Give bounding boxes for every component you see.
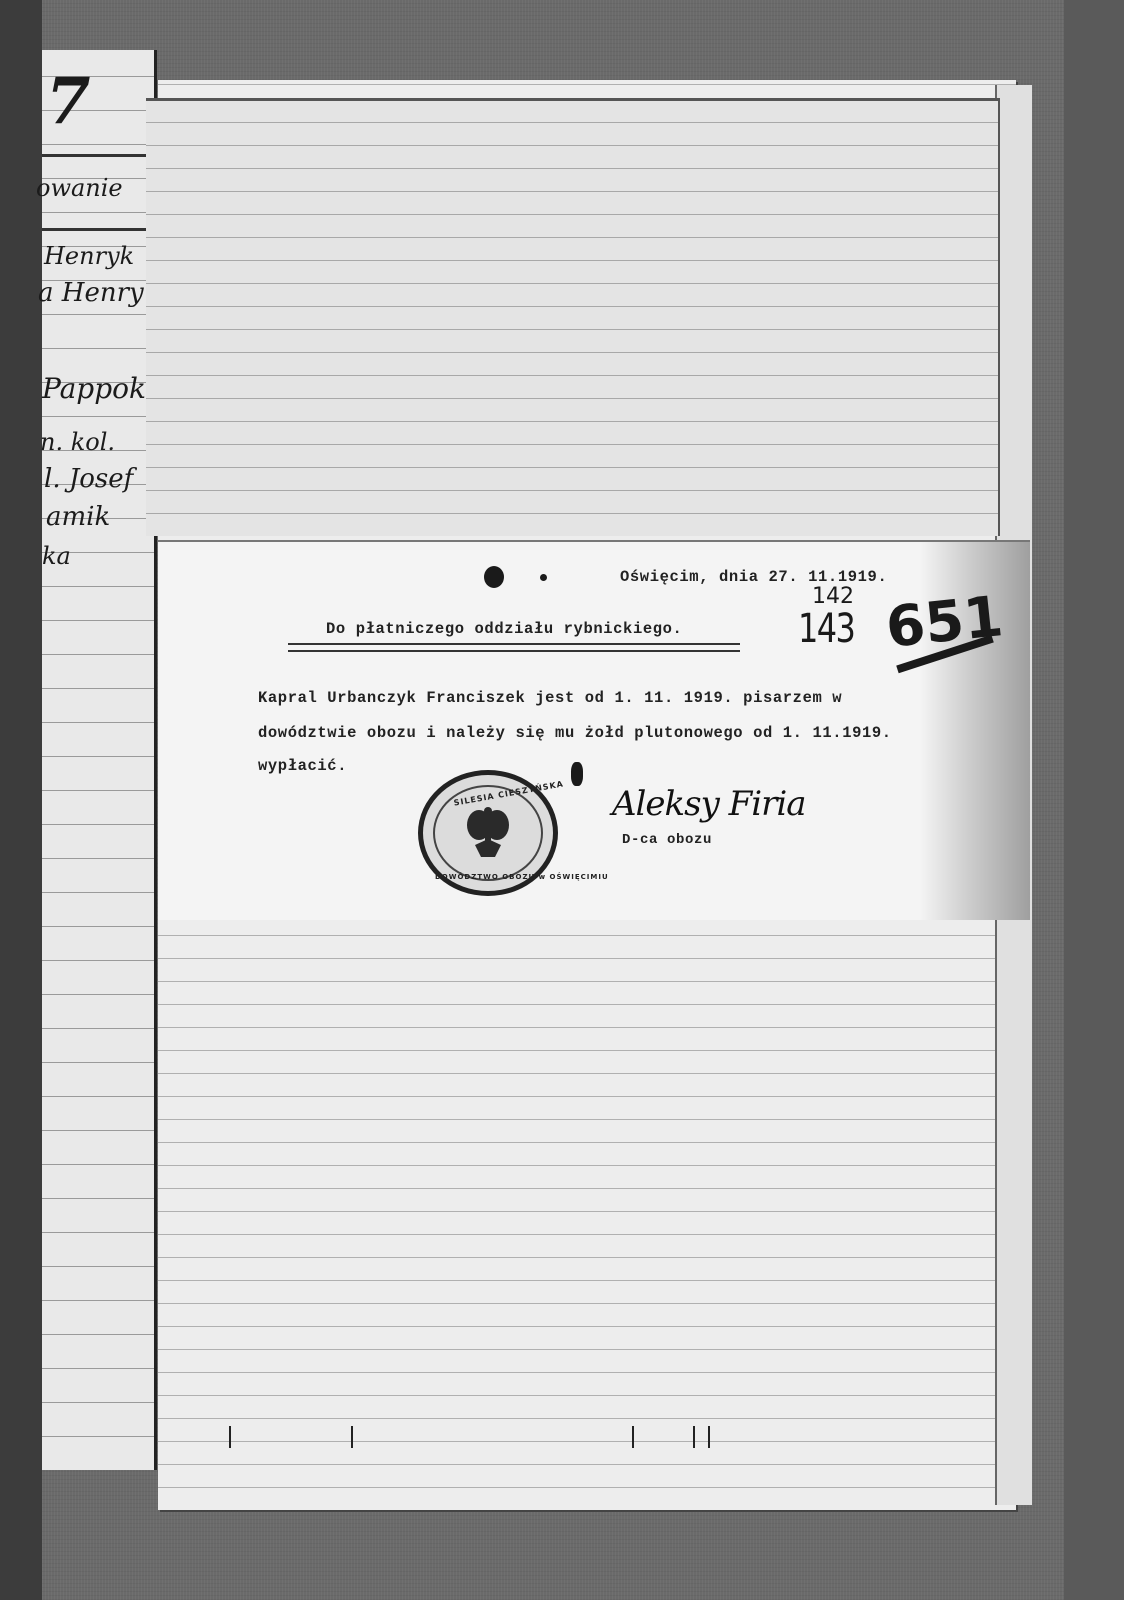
official-seal: SILESIA CIESZYŃSKA DOWÓDZTWO OBOZU w OŚW… xyxy=(418,770,558,896)
table-divider xyxy=(42,154,154,157)
margin-tick xyxy=(708,1426,710,1448)
addressee-heading: Do płatniczego oddziału rybnickiego. xyxy=(326,620,682,638)
strip-page-number: 7 xyxy=(46,64,91,139)
margin-tick xyxy=(229,1426,231,1448)
scan-edge-shadow-left xyxy=(0,0,42,1600)
signature: Aleksy Firia xyxy=(612,784,805,824)
folded-top-sheet xyxy=(146,98,1000,536)
body-line-3: wypłacić. xyxy=(258,757,347,775)
strip-entry: n. kol. xyxy=(40,428,115,456)
body-line-1: Kapral Urbanczyk Franciszek jest od 1. 1… xyxy=(258,689,842,707)
ink-blot xyxy=(484,566,504,588)
strip-entry: a Henry xyxy=(38,278,144,308)
signature-title: D-ca obozu xyxy=(622,832,712,848)
strip-entry: Henryk xyxy=(44,242,134,270)
table-divider xyxy=(42,228,154,231)
strip-entry: ka xyxy=(42,542,71,570)
strip-entry: l. Josef xyxy=(44,464,133,494)
ink-blot xyxy=(540,574,547,581)
addressee-underline xyxy=(288,643,740,652)
scan-edge-shadow-right xyxy=(1064,0,1124,1600)
column-header-fragment: owanie xyxy=(36,174,123,202)
margin-tick xyxy=(351,1426,353,1448)
margin-tick xyxy=(632,1426,634,1448)
margin-tick xyxy=(693,1426,695,1448)
ink-mark xyxy=(571,762,583,786)
left-register-strip: 7 owanie Henryk a Henry Pappok n. kol. l… xyxy=(42,50,157,1470)
ruled-lines xyxy=(146,101,998,536)
eagle-emblem-icon xyxy=(465,805,511,859)
strip-entry: amik xyxy=(46,502,110,532)
strip-entry: Pappok xyxy=(42,372,146,405)
seal-bottom-text: DOWÓDZTWO OBOZU w OŚWIĘCIMIU xyxy=(435,873,609,881)
handwritten-number: 143 xyxy=(798,606,854,652)
body-line-2: dowództwie obozu i należy się mu żołd pl… xyxy=(258,724,892,742)
